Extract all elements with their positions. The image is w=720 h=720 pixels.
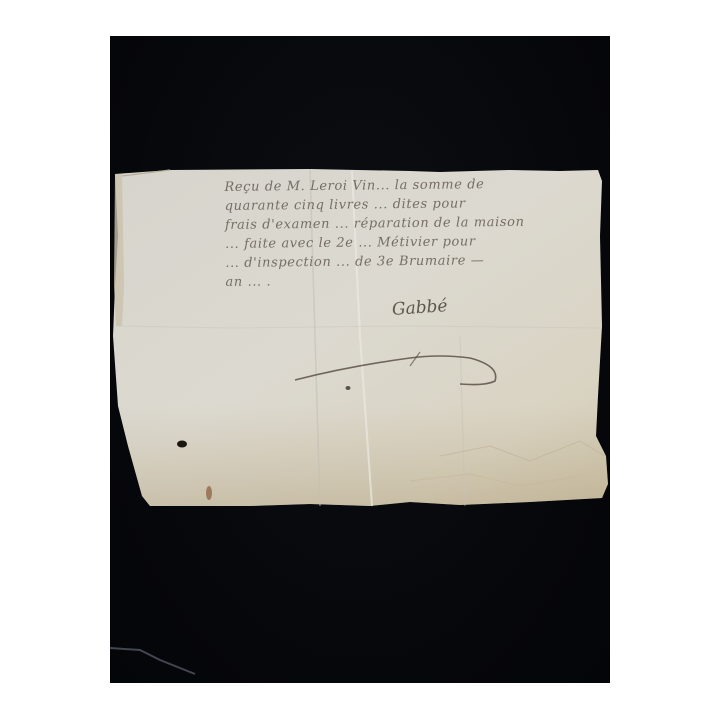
paper-sheet: [110, 36, 610, 683]
ink-blot: [177, 441, 187, 448]
stain: [206, 486, 212, 500]
handwritten-text: Reçu de M. Leroi Vin... la somme de quar…: [224, 174, 595, 292]
document-photograph: Reçu de M. Leroi Vin... la somme de quar…: [110, 36, 610, 683]
signature: Gabbé: [391, 296, 448, 320]
text-line: an ... .: [225, 269, 595, 292]
